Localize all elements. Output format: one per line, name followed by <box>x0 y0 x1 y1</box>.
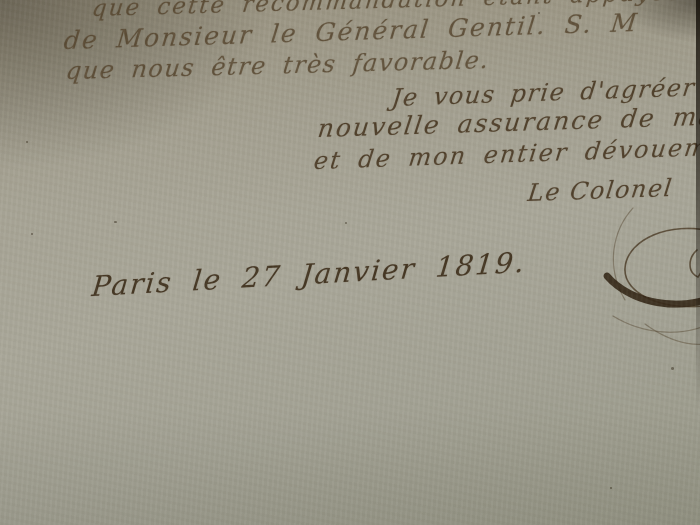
photo-edge-shadow <box>696 0 700 410</box>
signature-flourish-icon <box>585 196 700 366</box>
dateline: Paris le 27 Janvier 1819. <box>90 246 527 303</box>
ink-speck <box>31 233 33 235</box>
ink-speck <box>26 141 28 143</box>
ink-speck <box>610 487 612 489</box>
ink-speck <box>114 221 117 223</box>
ink-speck <box>345 222 347 224</box>
ink-speck <box>538 12 540 14</box>
letter-page: que cette recommandation étant appuyée d… <box>0 0 700 525</box>
ink-speck <box>671 367 674 370</box>
